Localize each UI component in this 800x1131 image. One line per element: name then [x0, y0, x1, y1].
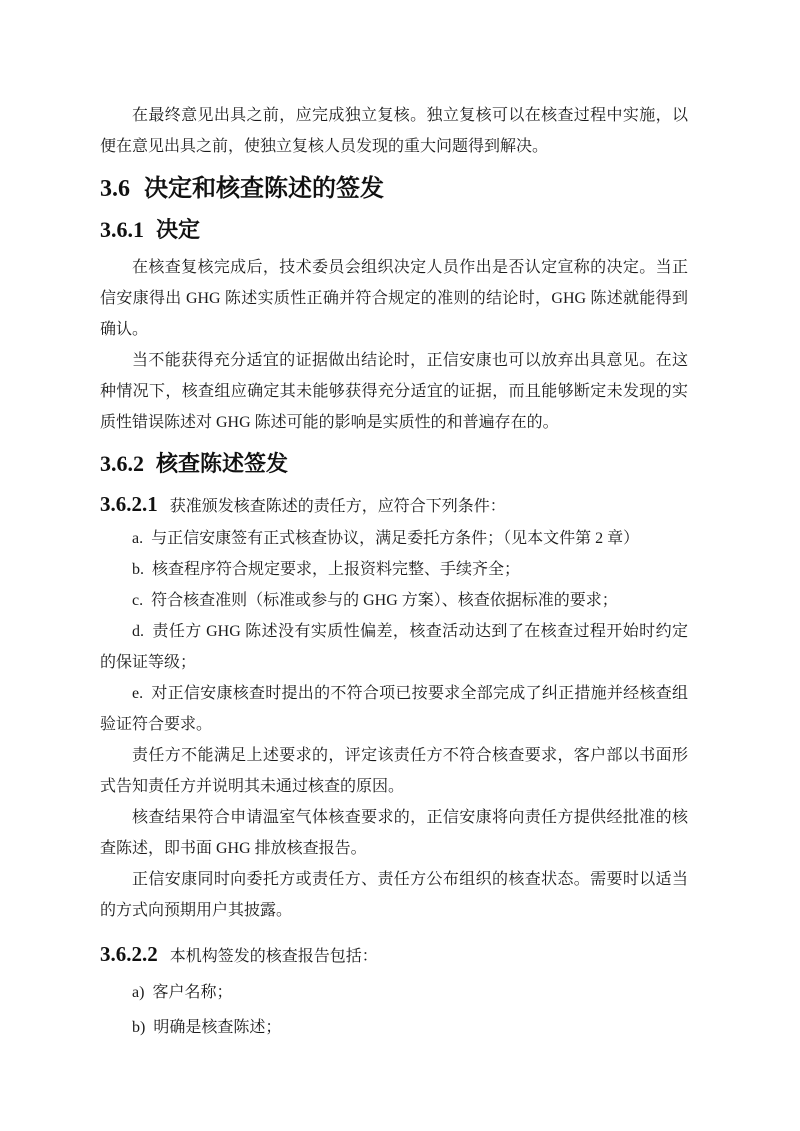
paragraph-decision-2: 当不能获得充分适宜的证据做出结论时，正信安康也可以放弃出具意见。在这种情况下，核… [100, 345, 688, 438]
heading-3-6-number: 3.6 [100, 176, 130, 202]
heading-3-6-1: 3.6.1决定 [100, 214, 688, 246]
heading-3-6-title: 决定和核查陈述的签发 [144, 176, 384, 202]
heading-3-6-1-title: 决定 [156, 217, 200, 242]
condition-item-b-text: 核查程序符合规定要求，上报资料完整、手续齐全； [152, 561, 520, 578]
condition-item-c-text: 符合核查准则（标准或参与的 GHG 方案）、核查依据标准的要求； [151, 592, 618, 609]
report-item-a-text: 客户名称； [152, 984, 232, 1001]
clause-3-6-2-1-number: 3.6.2.1 [100, 492, 158, 516]
condition-item-a-marker: a. [132, 530, 143, 547]
report-item-b-marker: b) [132, 1019, 145, 1036]
heading-3-6-2-number: 3.6.2 [100, 451, 144, 476]
clause-3-6-2-2-text: 本机构签发的核查报告包括： [170, 948, 378, 965]
condition-item-e-text: 对正信安康核查时提出的不符合项已按要求全部完成了纠正措施并经核查组验证符合要求。 [100, 685, 688, 733]
condition-item-a-text: 与正信安康签有正式核查协议，满足委托方条件；（见本文件第 2 章） [151, 530, 639, 547]
document-page: 在最终意见出具之前，应完成独立复核。独立复核可以在核查过程中实施，以便在意见出具… [0, 0, 800, 1131]
condition-item-a: a.与正信安康签有正式核查协议，满足委托方条件；（见本文件第 2 章） [100, 523, 688, 554]
clause-3-6-2-2: 3.6.2.2本机构签发的核查报告包括： [100, 938, 688, 973]
report-item-b-text: 明确是核查陈述； [153, 1019, 281, 1036]
condition-item-b-marker: b. [132, 561, 144, 578]
condition-item-c-marker: c. [132, 592, 143, 609]
document-content: 在最终意见出具之前，应完成独立复核。独立复核可以在核查过程中实施，以便在意见出具… [0, 0, 800, 1043]
heading-3-6-2-title: 核查陈述签发 [156, 451, 288, 476]
paragraph-independent-review: 在最终意见出具之前，应完成独立复核。独立复核可以在核查过程中实施，以便在意见出具… [100, 100, 688, 162]
condition-item-d-text: 责任方 GHG 陈述没有实质性偏差，核查活动达到了在核查过程开始时约定的保证等级… [100, 623, 688, 671]
report-item-b: b)明确是核查陈述； [100, 1012, 688, 1043]
clause-3-6-2-1-text: 获准颁发核查陈述的责任方，应符合下列条件： [170, 498, 506, 515]
condition-item-d: d.责任方 GHG 陈述没有实质性偏差，核查活动达到了在核查过程开始时约定的保证… [100, 616, 688, 678]
condition-item-e-marker: e. [132, 685, 143, 702]
paragraph-status-publish: 正信安康同时向委托方或责任方、责任方公布组织的核查状态。需要时以适当的方式向预期… [100, 864, 688, 926]
clause-3-6-2-1: 3.6.2.1获准颁发核查陈述的责任方，应符合下列条件： [100, 488, 688, 523]
condition-item-b: b.核查程序符合规定要求，上报资料完整、手续齐全； [100, 554, 688, 585]
clause-3-6-2-2-number: 3.6.2.2 [100, 942, 158, 966]
condition-item-c: c.符合核查准则（标准或参与的 GHG 方案）、核查依据标准的要求； [100, 585, 688, 616]
heading-3-6-1-number: 3.6.1 [100, 217, 144, 242]
condition-item-d-marker: d. [132, 623, 144, 640]
paragraph-pass-report: 核查结果符合申请温室气体核查要求的，正信安康将向责任方提供经批准的核查陈述，即书… [100, 802, 688, 864]
paragraph-fail-notice: 责任方不能满足上述要求的，评定该责任方不符合核查要求，客户部以书面形式告知责任方… [100, 740, 688, 802]
paragraph-decision-1: 在核查复核完成后，技术委员会组织决定人员作出是否认定宣称的决定。当正信安康得出 … [100, 252, 688, 345]
heading-3-6: 3.6决定和核查陈述的签发 [100, 172, 688, 206]
condition-item-e: e.对正信安康核查时提出的不符合项已按要求全部完成了纠正措施并经核查组验证符合要… [100, 678, 688, 740]
heading-3-6-2: 3.6.2核查陈述签发 [100, 448, 688, 480]
report-item-a-marker: a) [132, 984, 144, 1001]
report-item-a: a)客户名称； [100, 977, 688, 1008]
